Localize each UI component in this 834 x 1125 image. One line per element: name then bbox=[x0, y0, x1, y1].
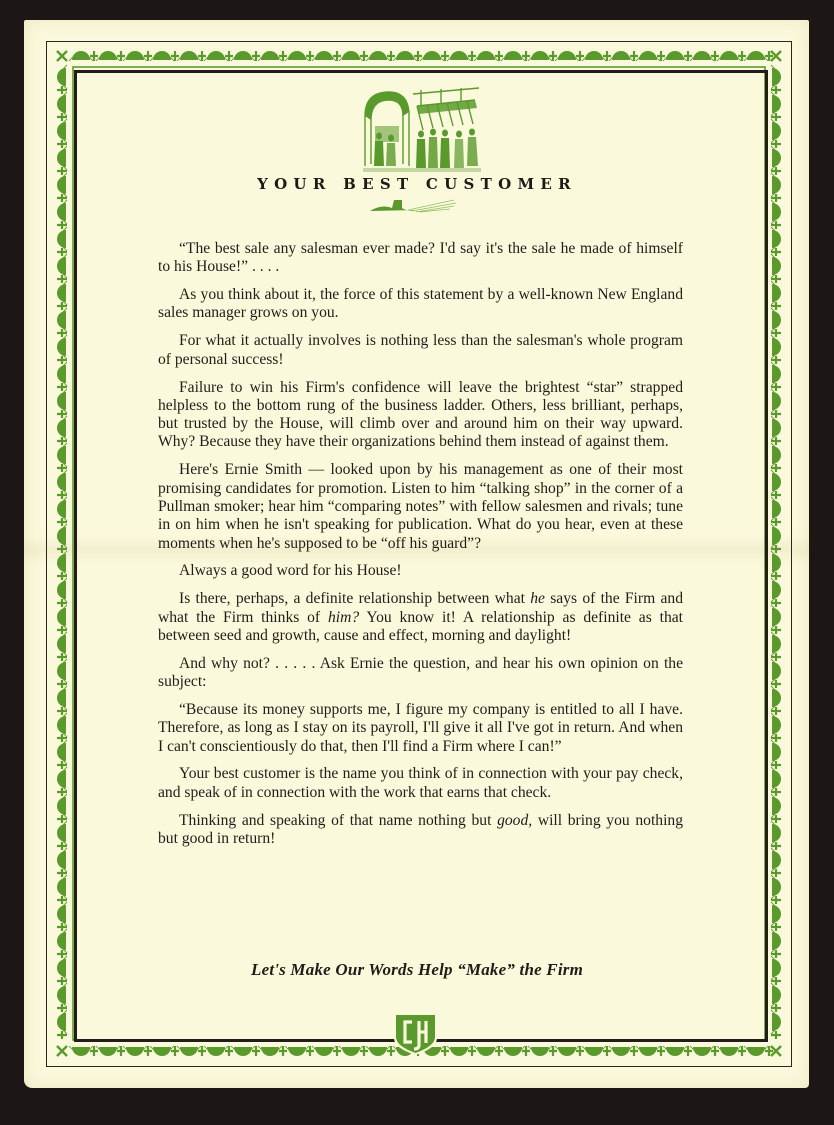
text-run: Thinking and speaking of that name nothi… bbox=[179, 812, 497, 829]
grass-tuft-icon bbox=[368, 196, 458, 216]
cjh-monogram-shield-icon bbox=[393, 1012, 438, 1056]
paragraph: Your best customer is the name you think… bbox=[158, 765, 683, 802]
article-body: “The best sale any salesman ever made? I… bbox=[158, 240, 683, 858]
page-title: YOUR BEST CUSTOMER bbox=[0, 175, 834, 193]
paragraph: Always a good word for his House! bbox=[158, 562, 683, 580]
closing-slogan: Let's Make Our Words Help “Make” the Fir… bbox=[0, 960, 834, 980]
paragraph: And why not? . . . . . Ask Ernie the que… bbox=[158, 655, 683, 692]
paragraph: As you think about it, the force of this… bbox=[158, 286, 683, 323]
emphasis: he bbox=[530, 590, 545, 607]
emphasis: good, bbox=[497, 812, 532, 829]
paragraph: For what it actually involves is nothing… bbox=[158, 332, 683, 369]
street-scene-with-shoppers-icon bbox=[357, 86, 487, 186]
text-run: Is there, perhaps, a definite relationsh… bbox=[179, 590, 530, 607]
paragraph: “Because its money supports me, I figure… bbox=[158, 701, 683, 756]
paragraph: Is there, perhaps, a definite relationsh… bbox=[158, 590, 683, 645]
street-scene-illustration bbox=[357, 86, 487, 186]
paragraph: Here's Ernie Smith — looked upon by his … bbox=[158, 461, 683, 552]
emphasis: him? bbox=[328, 609, 359, 626]
paragraph: Failure to win his Firm's confidence wil… bbox=[158, 379, 683, 452]
grass-ornament bbox=[368, 196, 458, 216]
paragraph: Thinking and speaking of that name nothi… bbox=[158, 812, 683, 849]
paragraph: “The best sale any salesman ever made? I… bbox=[158, 240, 683, 277]
company-logo-shield bbox=[393, 1012, 438, 1056]
